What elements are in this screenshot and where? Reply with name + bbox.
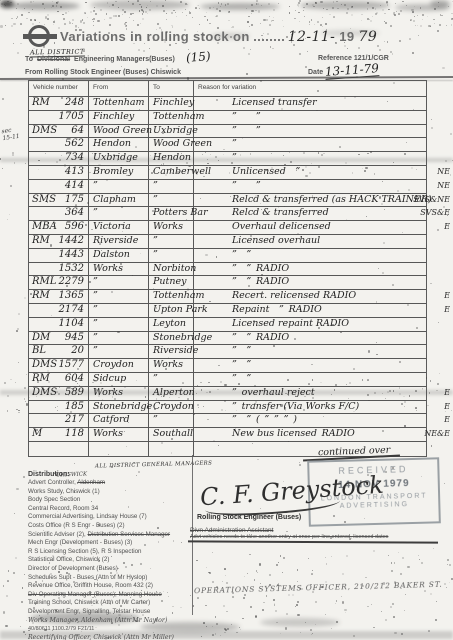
vehicle-num: 413 [65,166,84,179]
from-cell: ” [89,290,149,303]
table-row: BL 20 ” Riverside ” ” [29,345,426,359]
reason-text: Unlicensed ” [232,166,300,177]
table-rows: RM 248 Tottenham Finchley Licensed trans… [29,97,426,456]
reason-text: Relcd & transferred (as HACK TRAINER) [232,194,432,205]
vehicle-number-cell: MBA 596 [29,221,89,234]
to-cell: Stonebridge [149,332,194,345]
vehicle-prefix: SMS [32,194,56,207]
reason-cell: ” ” [194,249,426,262]
to-cell: ” [149,414,194,427]
date-label: Date [308,69,323,76]
scan-blob [10,2,80,10]
vehicle-num: 248 [65,97,84,110]
scan-blob [430,0,450,8]
reason-cell: ” ” RADIO [194,263,426,276]
from-cell [89,442,149,456]
distribution-item: Development Engr, Signalling, Telstar Ho… [28,608,191,617]
col-header-vehicle-number: Vehicle number [29,81,89,96]
reason-cell: ” ” [194,345,426,358]
to-struck-word: Divisional [37,56,70,63]
col-header-to: To [149,81,194,96]
to-cell: Croydon [149,401,194,414]
scan-blob [260,618,340,627]
margin-mark: NE [437,167,450,176]
table-row: SMS 175 Clapham ” Relcd & transferred (a… [29,194,426,208]
reason-cell: Relcd & transferred [194,207,426,220]
table-row: RM 1365 ” Tottenham Recert. relicensed R… [29,290,426,304]
table-row: DMS 1577 Croydon Works ” ” [29,359,426,373]
from-cell: Victoria [89,221,149,234]
from-cell: ” [89,332,149,345]
vehicle-num: 118 [65,428,84,441]
reason-text: ” ” [232,359,251,370]
vehicle-number-cell: M 118 [29,428,89,441]
reason-cell: ” ” [194,373,426,386]
distribution-item: Works Manager, Aldenham (Attn Mr Naylor) [28,617,191,626]
reason-text: Licensed transfer [232,97,317,108]
reason-text: Recert. relicensed RADIO [232,290,356,301]
vehicle-num: 1532 [59,263,84,276]
reason-cell: ” overhaul reject [194,387,426,400]
table-row: 1705 Finchley Tottenham ” ” [29,111,426,125]
reason-text: Licensed overhaul [232,235,320,246]
from-cell: Works [89,263,149,276]
title-year-handwritten: 79 [359,29,378,45]
reason-cell: Overhaul delicensed [194,221,426,234]
vehicle-number-cell: SMS 175 [29,194,89,207]
to-cell: Upton Park [149,304,194,317]
reason-cell: Licensed overhaul [194,235,426,248]
distribution-item: Revenue Office, Griffith House, Room 432… [28,582,191,591]
from-cell: Works [89,387,149,400]
struck-line-2: Advt vehicles needs to take another entr… [190,534,438,540]
distribution-item: Recertifying Officer, Chiswick (Attn Mr … [28,634,191,640]
distribution-item: Statistical Office, Chiswick (2) [28,556,191,565]
strike-rule [188,540,438,543]
vehicle-number-cell: BL 20 [29,345,89,358]
to-cell: Norbiton [149,263,194,276]
reason-text: ” [232,138,237,149]
reason-cell: ” ” [194,125,426,138]
vehicle-number-cell: RM 604 [29,373,89,386]
vehicle-number-cell: 1532 [29,263,89,276]
reason-cell: ” transfer (Via Works F/C) [194,401,426,414]
to-cell [149,442,194,456]
distribution-item: Body Spec Section [28,496,191,505]
distribution-item: Mech Engr (Development - Buses) (3) [28,539,191,548]
reason-text: Repaint ” RADIO [232,304,322,315]
table-row: 2174 ” Upton Park Repaint ” RADIO E [29,304,426,318]
from-cell: Clapham [89,194,149,207]
reason-cell: New bus licensed RADIO [194,428,426,441]
table-row: DMS 64 Wood Green Uxbridge ” ” [29,125,426,139]
vehicle-num: 1104 [59,318,84,331]
reason-text: ” ” [232,249,251,260]
reason-cell [194,442,426,456]
vehicle-number-cell: 2174 [29,304,89,317]
from-cell: Croydon [89,359,149,372]
vehicle-number-cell: 364 [29,207,89,220]
reason-text: ” overhaul reject [232,387,315,398]
reason-text: ” ” RADIO [232,263,289,274]
vehicle-prefix: DMS [32,125,57,138]
to-cell: ” [149,249,194,262]
margin-mark: E [444,305,450,314]
table-row: M 118 Works Southall New bus licensed RA… [29,428,426,442]
vehicle-number-cell [29,442,89,456]
to-cell: Putney [149,276,194,289]
from-cell: Sidcup [89,373,149,386]
distribution-item: Advert Controller, Aldenham [28,479,191,488]
margin-mark: E [444,415,450,424]
table-row: RM 1442 Riverside ” Licensed overhaul [29,235,426,249]
margin-note-line2: 15-11 [2,133,20,142]
vehicle-number-cell: RM 1365 [29,290,89,303]
table-row: RML 2279 ” Putney ” ” RADIO [29,276,426,290]
vehicle-number-cell: 217 [29,414,89,427]
vehicle-num: 596 [65,221,84,234]
margin-mark: E [444,402,450,411]
vehicle-num: 734 [65,152,84,165]
reason-text: Relcd & transferred [232,207,329,218]
from-cell: ” [89,207,149,220]
table-row: 734 Uxbridge Hendon ” [29,152,426,166]
vehicle-prefix: RM [32,97,50,110]
from-cell: Catford [89,414,149,427]
to-rest: Engineering Managers(Buses) [74,56,175,63]
reference-label: Reference [318,55,352,62]
vehicle-num: 364 [65,207,84,220]
vehicle-number-cell: RML 2279 [29,276,89,289]
reason-cell: ” ” RADIO [194,332,426,345]
london-transport-roundel-icon [23,25,57,48]
distribution-item: Works Study, Chiswick (1) [28,488,191,497]
vehicle-prefix: BL [32,345,46,358]
reason-text: New bus licensed RADIO [232,428,355,439]
table-row: 217 Catford ” ” ” ( ” ” ” ) E [29,414,426,428]
reason-cell: Recert. relicensed RADIO [194,290,426,303]
reason-text: ” ” RADIO [232,332,289,343]
reason-text: ” ” [232,125,261,136]
vehicle-prefix: RML [32,276,56,289]
vehicle-num: 64 [71,125,84,138]
to-cell: Works [149,359,194,372]
table-row: RM 248 Tottenham Finchley Licensed trans… [29,97,426,111]
from-cell: ” [89,304,149,317]
to-cell: ” [149,180,194,193]
variations-table: Vehicle number From To Reason for variat… [28,80,427,457]
distribution-heading: Distribution: [28,471,191,478]
vehicle-num: 589 [65,387,84,400]
reason-cell: ” ” [194,359,426,372]
vehicle-number-cell: DMS 64 [29,125,89,138]
margin-mark: E [444,291,450,300]
col-header-reason: Reason for variation [194,81,426,96]
distribution-item: Commercial Advertising, Lindsay House (7… [28,513,191,522]
vehicle-num: 945 [65,332,84,345]
reason-text: ” ” [232,111,261,122]
reason-cell: ” ” RADIO [194,276,426,289]
vehicle-number-cell: 413 [29,166,89,179]
to-cell: ” [149,194,194,207]
margin-note-handwritten: sec 15-11 [1,126,20,142]
reason-text: ” [232,152,237,163]
from-cell: ” [89,318,149,331]
from-cell: Stonebridge [89,401,149,414]
reason-text: ” ” [232,180,261,191]
to-cell: Tottenham [149,290,194,303]
col-header-from: From [89,81,149,96]
vehicle-number-cell: RM 248 [29,97,89,110]
vehicle-num: 1365 [59,290,84,303]
vehicle-number-cell: 562 [29,138,89,151]
vehicle-number-cell: DMS 1577 [29,359,89,372]
to-cell: Potters Bar [149,207,194,220]
from-cell: Wood Green [89,125,149,138]
distribution-item: Scientific Adviser (2), Distribution Ser… [28,531,191,540]
from-cell: Riverside [89,235,149,248]
vehicle-prefix: RM [32,235,50,248]
margin-mark: NE&E [424,429,450,438]
vehicle-prefix: DM [32,332,50,345]
to-cell: Tottenham [149,111,194,124]
reason-text: ” ” [232,345,251,356]
table-header-row: Vehicle number From To Reason for variat… [29,81,426,97]
from-cell: Tottenham [89,97,149,110]
from-cell: ” [89,180,149,193]
table-row: 1532 Works Norbiton ” ” RADIO [29,263,426,277]
margin-mark: SVS&E [420,208,450,217]
vehicle-prefix: MBA [32,221,57,234]
table-row: MBA 596 Victoria Works Overhaul delicens… [29,221,426,235]
vehicle-num: 217 [65,414,84,427]
vehicle-number-cell: 414 [29,180,89,193]
table-row: 1104 ” Leyton Licensed repaint RADIO [29,318,426,332]
reason-text: ” ” [232,373,251,384]
reason-cell: Repaint ” RADIO [194,304,426,317]
struck-line-1: Divn Administration Assistant [190,527,273,534]
title-dotted-rule [254,30,284,41]
from-cell: Dalston [89,249,149,262]
vehicle-num: 20 [71,345,84,358]
table-row: DM 945 ” Stonebridge ” ” RADIO [29,332,426,346]
reason-text: ” ” ( ” ” ” ) [232,414,297,425]
margin-mark: NE [437,181,450,190]
margin-mark: E [444,222,450,231]
distribution-item: Central Record, Room 34 [28,505,191,514]
from-cell: Finchley [89,111,149,124]
to-cell: Wood Green [149,138,194,151]
reason-cell: Licensed transfer [194,97,426,110]
table-row: 414 ” ” ” ” NE [29,180,426,194]
reason-cell: ” [194,138,426,151]
table-row: 1443 Dalston ” ” ” [29,249,426,263]
to-cell: Uxbridge [149,125,194,138]
reason-text: ” transfer (Via Works F/C) [232,401,359,412]
sender-line: From Rolling Stock Engineer (Buses) Chis… [25,69,181,76]
vehicle-number-cell: RM 1442 [29,235,89,248]
from-cell: Works [89,428,149,441]
to-cell: Leyton [149,318,194,331]
to-cell: Finchley [149,97,194,110]
vehicle-num: 414 [65,180,84,193]
vehicle-number-cell: 185 [29,401,89,414]
vehicle-num: 1442 [59,235,84,248]
from-cell: ” [89,276,149,289]
reason-cell: ” ” [194,180,426,193]
table-row: 562 Hendon Wood Green ” [29,138,426,152]
distribution-item: Costs Office (R S Engr - Buses) (2) [28,522,191,531]
table-row: 185 Stonebridge Croydon ” transfer (Via … [29,401,426,415]
reason-cell: ” ” ( ” ” ” ) [194,414,426,427]
reason-cell: ” ” [194,111,426,124]
vehicle-num: 562 [65,138,84,151]
vehicle-num: 185 [65,401,84,414]
from-cell: ” [89,345,149,358]
scanned-document-page: Variations in rolling stock on 12-11- 19… [0,0,453,640]
reason-text: Overhaul delicensed [232,221,331,232]
title-text: Variations in rolling stock on [60,29,250,44]
vehicle-num: 1443 [59,249,84,262]
vehicle-number-cell: 1705 [29,111,89,124]
copies-count-handwritten: (15) [185,49,211,65]
to-cell: Works [149,221,194,234]
vehicle-prefix: RM [32,290,50,303]
vehicle-number-cell: 1443 [29,249,89,262]
vehicle-prefix: RM [32,373,50,386]
margin-mark: SVS&NE [413,195,450,204]
table-row: 364 ” Potters Bar Relcd & transferred SV… [29,207,426,221]
distribution-annotation-handwritten: ALL DISTRICT GENERAL MANAGERS [95,460,212,469]
vehicle-num: 2174 [59,304,84,317]
reason-text: ” ” RADIO [232,276,289,287]
reason-cell: Licensed repaint RADIO [194,318,426,331]
from-cell: Hendon [89,138,149,151]
to-cell: Riverside [149,345,194,358]
title-year-printed: 19 [339,29,354,44]
to-cell: ” [149,373,194,386]
vehicle-number-cell: DM 945 [29,332,89,345]
vehicle-num: 1705 [59,111,84,124]
margin-mark: E [444,388,450,397]
vehicle-num: 604 [65,373,84,386]
vehicle-num: 1577 [59,359,84,372]
addressee-line: To Divisional Engineering Managers(Buses… [25,56,177,63]
vehicle-prefix: DMS [32,359,57,372]
to-label: To [25,56,33,63]
vehicle-num: 2279 [59,276,84,289]
to-cell: ” [149,235,194,248]
roundel-bar [23,34,57,39]
